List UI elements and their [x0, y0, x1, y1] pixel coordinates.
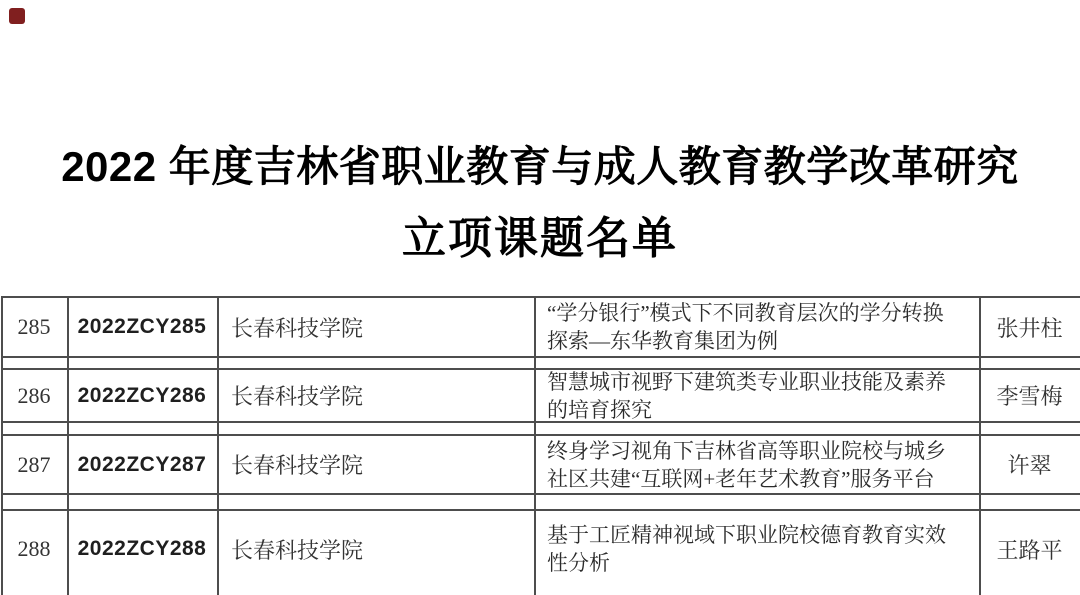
table-row: 285 2022ZCY285 长春科技学院 “学分银行”模式下不同教育层次的学分… — [1, 296, 1080, 358]
page-title: 2022 年度吉林省职业教育与成人教育教学改革研究 立项课题名单 — [0, 144, 1080, 264]
table-row: 287 2022ZCY287 长春科技学院 终身学习视角下吉林省高等职业院校与城… — [1, 434, 1080, 495]
project-title-cell: 智慧城市视野下建筑类专业职业技能及素养的培育探究 — [534, 370, 979, 421]
red-marker-icon — [9, 8, 25, 24]
project-code-cell: 2022ZCY286 — [67, 370, 217, 421]
leader-name-cell: 张井柱 — [979, 298, 1080, 356]
page-title-line2: 立项课题名单 — [0, 214, 1080, 264]
school-cell: 长春科技学院 — [217, 370, 534, 421]
project-code-cell: 2022ZCY285 — [67, 298, 217, 356]
leader-name-cell: 李雪梅 — [979, 370, 1080, 421]
project-title-text: 智慧城市视野下建筑类专业职业技能及素养的培育探究 — [547, 368, 963, 424]
school-cell: 长春科技学院 — [217, 436, 534, 493]
project-title-cell: “学分银行”模式下不同教育层次的学分转换探索—东华教育集团为例 — [534, 298, 979, 356]
project-code-cell: 2022ZCY287 — [67, 436, 217, 493]
project-title-text: 终身学习视角下吉林省高等职业院校与城乡社区共建“互联网+老年艺术教育”服务平台 — [547, 437, 963, 493]
page-title-line1: 2022 年度吉林省职业教育与成人教育教学改革研究 — [0, 144, 1080, 190]
project-title-cell: 终身学习视角下吉林省高等职业院校与城乡社区共建“互联网+老年艺术教育”服务平台 — [534, 436, 979, 493]
row-number-cell: 287 — [1, 436, 67, 493]
leader-name-cell: 许翠 — [979, 436, 1080, 493]
school-cell: 长春科技学院 — [217, 511, 534, 587]
row-number-cell: 286 — [1, 370, 67, 421]
projects-table: 285 2022ZCY285 长春科技学院 “学分银行”模式下不同教育层次的学分… — [1, 296, 1080, 595]
row-number-cell: 288 — [1, 511, 67, 587]
table-row: 288 2022ZCY288 长春科技学院 基于工匠精神视域下职业院校德育教育实… — [1, 509, 1080, 595]
project-code-cell: 2022ZCY288 — [67, 511, 217, 587]
project-title-cell: 基于工匠精神视域下职业院校德育教育实效性分析 — [534, 511, 979, 587]
leader-name-cell: 王路平 — [979, 511, 1080, 587]
row-number-cell: 285 — [1, 298, 67, 356]
school-cell: 长春科技学院 — [217, 298, 534, 356]
project-title-text: 基于工匠精神视域下职业院校德育教育实效性分析 — [547, 521, 963, 577]
table-row: 286 2022ZCY286 长春科技学院 智慧城市视野下建筑类专业职业技能及素… — [1, 368, 1080, 423]
project-title-text: “学分银行”模式下不同教育层次的学分转换探索—东华教育集团为例 — [547, 299, 963, 355]
